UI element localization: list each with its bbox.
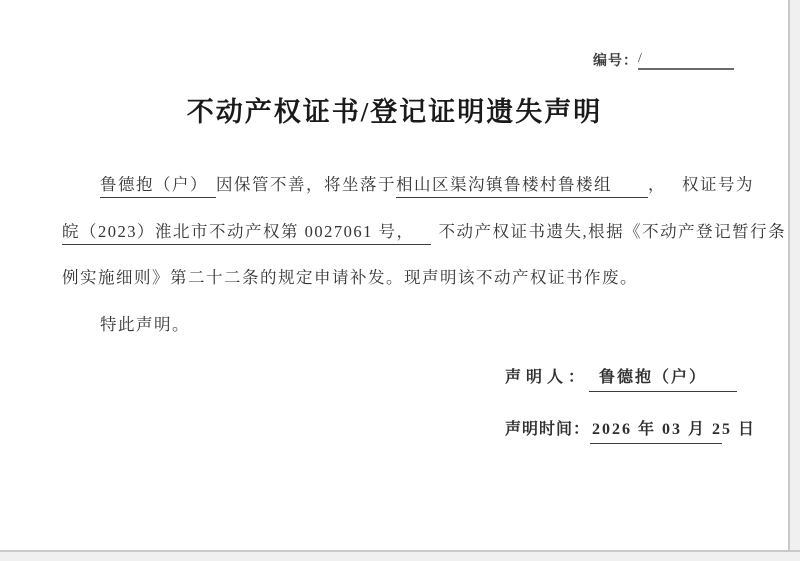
closing-statement: 特此声明。	[62, 302, 742, 349]
serial-label: 编号：	[593, 54, 638, 69]
paragraph-line-3: 例实施细则》第二十二条的规定申请补发。现声明该不动产权证书作废。	[62, 255, 742, 302]
line1-tail-text: 权证号为	[682, 175, 754, 194]
declaration-paragraph: 鲁德抱（户）因保管不善，将坐落于相山区渠沟镇鲁楼村鲁楼组，权证号为 皖（2023…	[62, 162, 742, 348]
page-edge-right	[788, 0, 800, 551]
declaration-date-row: 声明时间：2026 年 03 月 25 日	[505, 404, 737, 456]
page-title: 不动产权证书/登记证明遗失声明	[0, 90, 789, 129]
line1-text: 因保管不善，将坐落于	[216, 175, 396, 194]
line2-tail-text: 不动产权证书遗失,根据《不动产登记暂行条	[439, 222, 787, 241]
page-edge-bottom	[0, 550, 800, 561]
declarant-name-field: 鲁德抱（户）	[589, 367, 737, 392]
declarant-row: 声明人：鲁德抱（户）	[505, 352, 737, 404]
paragraph-line-2: 皖（2023）淮北市不动产权第 0027061 号，不动产权证书遗失,根据《不动…	[62, 209, 742, 256]
property-location-underlined: 相山区渠沟镇鲁楼村鲁楼组	[396, 175, 648, 198]
serial-value-line: /	[638, 51, 734, 70]
line1-comma: ，	[648, 175, 666, 194]
declarant-name-underlined: 鲁德抱（户）	[100, 175, 216, 198]
certificate-number-underlined: 皖（2023）淮北市不动产权第 0027061 号，	[62, 222, 431, 245]
declarant-label: 声明人：	[505, 369, 589, 386]
serial-number-row: 编号：/	[593, 50, 734, 70]
date-value-field: 2026 年 03 月 25 日	[590, 419, 722, 444]
paragraph-line-1: 鲁德抱（户）因保管不善，将坐落于相山区渠沟镇鲁楼村鲁楼组，权证号为	[62, 162, 742, 209]
signature-block: 声明人：鲁德抱（户） 声明时间：2026 年 03 月 25 日	[505, 352, 737, 456]
date-label: 声明时间：	[505, 421, 590, 438]
